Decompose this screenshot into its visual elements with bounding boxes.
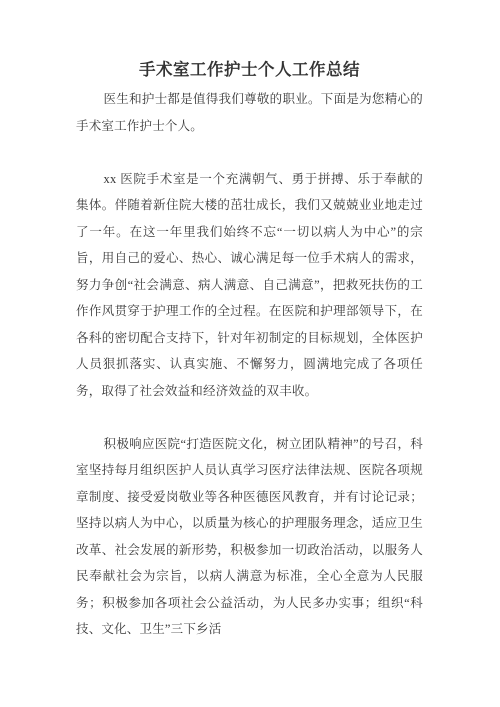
paragraph-body-1: xx 医院手术室是一个充满朝气、勇于拼搏、乐于奉献的集体。伴随着新住院大楼的茁壮… (76, 166, 423, 405)
document-content: 手术室工作护士个人工作总结 医生和护士都是值得我们尊敬的职业。下面是为您精心的手… (0, 0, 500, 643)
document-title: 手术室工作护士个人工作总结 (76, 58, 423, 82)
paragraph-intro: 医生和护士都是值得我们尊敬的职业。下面是为您精心的手术室工作护士个人。 (76, 86, 423, 139)
document-page: 手术室工作护士个人工作总结 医生和护士都是值得我们尊敬的职业。下面是为您精心的手… (0, 0, 500, 707)
paragraph-body-2: 积极响应医院“打造医院文化，树立团队精神”的号召，科室坚持每月组织医护人员认真学… (76, 431, 423, 643)
